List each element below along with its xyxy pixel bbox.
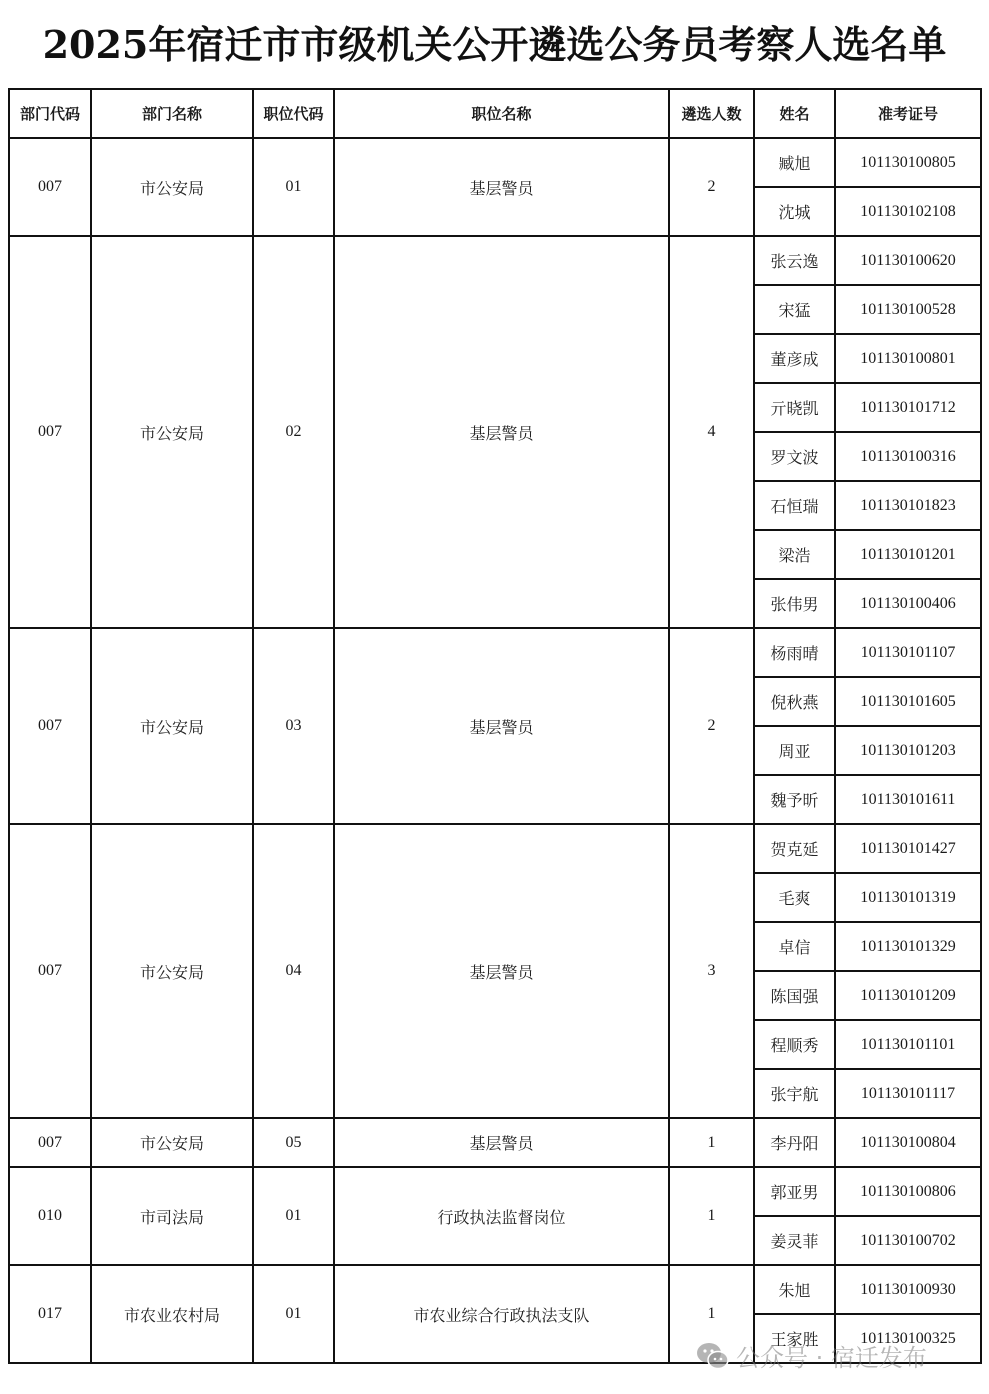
position-name-cell: 基层警员 xyxy=(334,236,669,628)
candidate-name-cell: 宋猛 xyxy=(754,285,835,334)
candidate-name-cell: 石恒瑞 xyxy=(754,481,835,530)
candidate-name-cell: 董彦成 xyxy=(754,334,835,383)
position-name-cell: 基层警员 xyxy=(334,1118,669,1167)
exam-id-cell: 101130100316 xyxy=(835,432,981,481)
table-row: 007市公安局05基层警员1李丹阳101130100804 xyxy=(9,1118,981,1167)
dept-code-cell: 007 xyxy=(9,138,91,236)
exam-id-cell: 101130100805 xyxy=(835,138,981,187)
position-name-cell: 基层警员 xyxy=(334,824,669,1118)
exam-id-cell: 101130101611 xyxy=(835,775,981,824)
candidate-name-cell: 张云逸 xyxy=(754,236,835,285)
candidate-name-cell: 杨雨晴 xyxy=(754,628,835,677)
exam-id-cell: 101130100801 xyxy=(835,334,981,383)
header-dept-code: 部门代码 xyxy=(9,89,91,138)
table-row: 007市公安局01基层警员2臧旭101130100805 xyxy=(9,138,981,187)
candidate-name-cell: 倪秋燕 xyxy=(754,677,835,726)
exam-id-cell: 101130101823 xyxy=(835,481,981,530)
table-row: 007市公安局04基层警员3贺克延101130101427 xyxy=(9,824,981,873)
candidate-name-cell: 陈国强 xyxy=(754,971,835,1020)
exam-id-cell: 101130101209 xyxy=(835,971,981,1020)
quota-cell: 3 xyxy=(669,824,754,1118)
exam-id-cell: 101130100528 xyxy=(835,285,981,334)
candidate-name-cell: 亓晓凯 xyxy=(754,383,835,432)
quota-cell: 2 xyxy=(669,138,754,236)
page-title: 2025年宿迁市市级机关公开遴选公务员考察人选名单 xyxy=(0,14,989,69)
position-code-cell: 05 xyxy=(253,1118,334,1167)
position-name-cell: 行政执法监督岗位 xyxy=(334,1167,669,1265)
quota-cell: 4 xyxy=(669,236,754,628)
candidate-name-cell: 郭亚男 xyxy=(754,1167,835,1216)
exam-id-cell: 101130101329 xyxy=(835,922,981,971)
dept-name-cell: 市农业农村局 xyxy=(91,1265,253,1363)
dept-name-cell: 市司法局 xyxy=(91,1167,253,1265)
exam-id-cell: 101130101117 xyxy=(835,1069,981,1118)
candidate-name-cell: 沈城 xyxy=(754,187,835,236)
position-code-cell: 01 xyxy=(253,1167,334,1265)
dept-name-cell: 市公安局 xyxy=(91,628,253,824)
exam-id-cell: 101130100702 xyxy=(835,1216,981,1265)
candidate-name-cell: 程顺秀 xyxy=(754,1020,835,1069)
header-name: 姓名 xyxy=(754,89,835,138)
table-row: 007市公安局03基层警员2杨雨晴101130101107 xyxy=(9,628,981,677)
exam-id-cell: 101130101203 xyxy=(835,726,981,775)
exam-id-cell: 101130100930 xyxy=(835,1265,981,1314)
candidate-name-cell: 张宇航 xyxy=(754,1069,835,1118)
header-quota: 遴选人数 xyxy=(669,89,754,138)
exam-id-cell: 101130102108 xyxy=(835,187,981,236)
candidate-name-cell: 毛爽 xyxy=(754,873,835,922)
candidate-name-cell: 李丹阳 xyxy=(754,1118,835,1167)
quota-cell: 1 xyxy=(669,1265,754,1363)
position-name-cell: 市农业综合行政执法支队 xyxy=(334,1265,669,1363)
table-row: 010市司法局01行政执法监督岗位1郭亚男101130100806 xyxy=(9,1167,981,1216)
table-body: 007市公安局01基层警员2臧旭101130100805沈城1011301021… xyxy=(9,138,981,1363)
exam-id-cell: 101130101201 xyxy=(835,530,981,579)
candidate-name-cell: 姜灵菲 xyxy=(754,1216,835,1265)
dept-name-cell: 市公安局 xyxy=(91,1118,253,1167)
candidate-name-cell: 魏予昕 xyxy=(754,775,835,824)
position-code-cell: 01 xyxy=(253,138,334,236)
candidate-roster-table: 部门代码 部门名称 职位代码 职位名称 遴选人数 姓名 准考证号 007市公安局… xyxy=(8,88,982,1364)
dept-code-cell: 017 xyxy=(9,1265,91,1363)
table-row: 007市公安局02基层警员4张云逸101130100620 xyxy=(9,236,981,285)
candidate-name-cell: 朱旭 xyxy=(754,1265,835,1314)
dept-code-cell: 007 xyxy=(9,824,91,1118)
position-name-cell: 基层警员 xyxy=(334,138,669,236)
candidate-name-cell: 臧旭 xyxy=(754,138,835,187)
position-code-cell: 02 xyxy=(253,236,334,628)
dept-code-cell: 007 xyxy=(9,1118,91,1167)
candidate-name-cell: 梁浩 xyxy=(754,530,835,579)
table-row: 017市农业农村局01市农业综合行政执法支队1朱旭101130100930 xyxy=(9,1265,981,1314)
exam-id-cell: 101130101107 xyxy=(835,628,981,677)
exam-id-cell: 101130100620 xyxy=(835,236,981,285)
dept-code-cell: 007 xyxy=(9,236,91,628)
dept-name-cell: 市公安局 xyxy=(91,236,253,628)
header-position-code: 职位代码 xyxy=(253,89,334,138)
candidate-name-cell: 周亚 xyxy=(754,726,835,775)
exam-id-cell: 101130100325 xyxy=(835,1314,981,1363)
dept-name-cell: 市公安局 xyxy=(91,138,253,236)
exam-id-cell: 101130100406 xyxy=(835,579,981,628)
position-code-cell: 03 xyxy=(253,628,334,824)
dept-code-cell: 010 xyxy=(9,1167,91,1265)
quota-cell: 1 xyxy=(669,1118,754,1167)
candidate-name-cell: 贺克延 xyxy=(754,824,835,873)
exam-id-cell: 101130101712 xyxy=(835,383,981,432)
position-code-cell: 01 xyxy=(253,1265,334,1363)
exam-id-cell: 101130100804 xyxy=(835,1118,981,1167)
position-code-cell: 04 xyxy=(253,824,334,1118)
exam-id-cell: 101130101427 xyxy=(835,824,981,873)
position-name-cell: 基层警员 xyxy=(334,628,669,824)
header-row: 部门代码 部门名称 职位代码 职位名称 遴选人数 姓名 准考证号 xyxy=(9,89,981,138)
candidate-name-cell: 罗文波 xyxy=(754,432,835,481)
header-exam-id: 准考证号 xyxy=(835,89,981,138)
table-header: 部门代码 部门名称 职位代码 职位名称 遴选人数 姓名 准考证号 xyxy=(9,89,981,138)
candidate-name-cell: 王家胜 xyxy=(754,1314,835,1363)
candidate-name-cell: 张伟男 xyxy=(754,579,835,628)
exam-id-cell: 101130101101 xyxy=(835,1020,981,1069)
dept-name-cell: 市公安局 xyxy=(91,824,253,1118)
header-position-name: 职位名称 xyxy=(334,89,669,138)
header-dept-name: 部门名称 xyxy=(91,89,253,138)
dept-code-cell: 007 xyxy=(9,628,91,824)
exam-id-cell: 101130101319 xyxy=(835,873,981,922)
exam-id-cell: 101130101605 xyxy=(835,677,981,726)
candidate-name-cell: 卓信 xyxy=(754,922,835,971)
exam-id-cell: 101130100806 xyxy=(835,1167,981,1216)
quota-cell: 2 xyxy=(669,628,754,824)
quota-cell: 1 xyxy=(669,1167,754,1265)
